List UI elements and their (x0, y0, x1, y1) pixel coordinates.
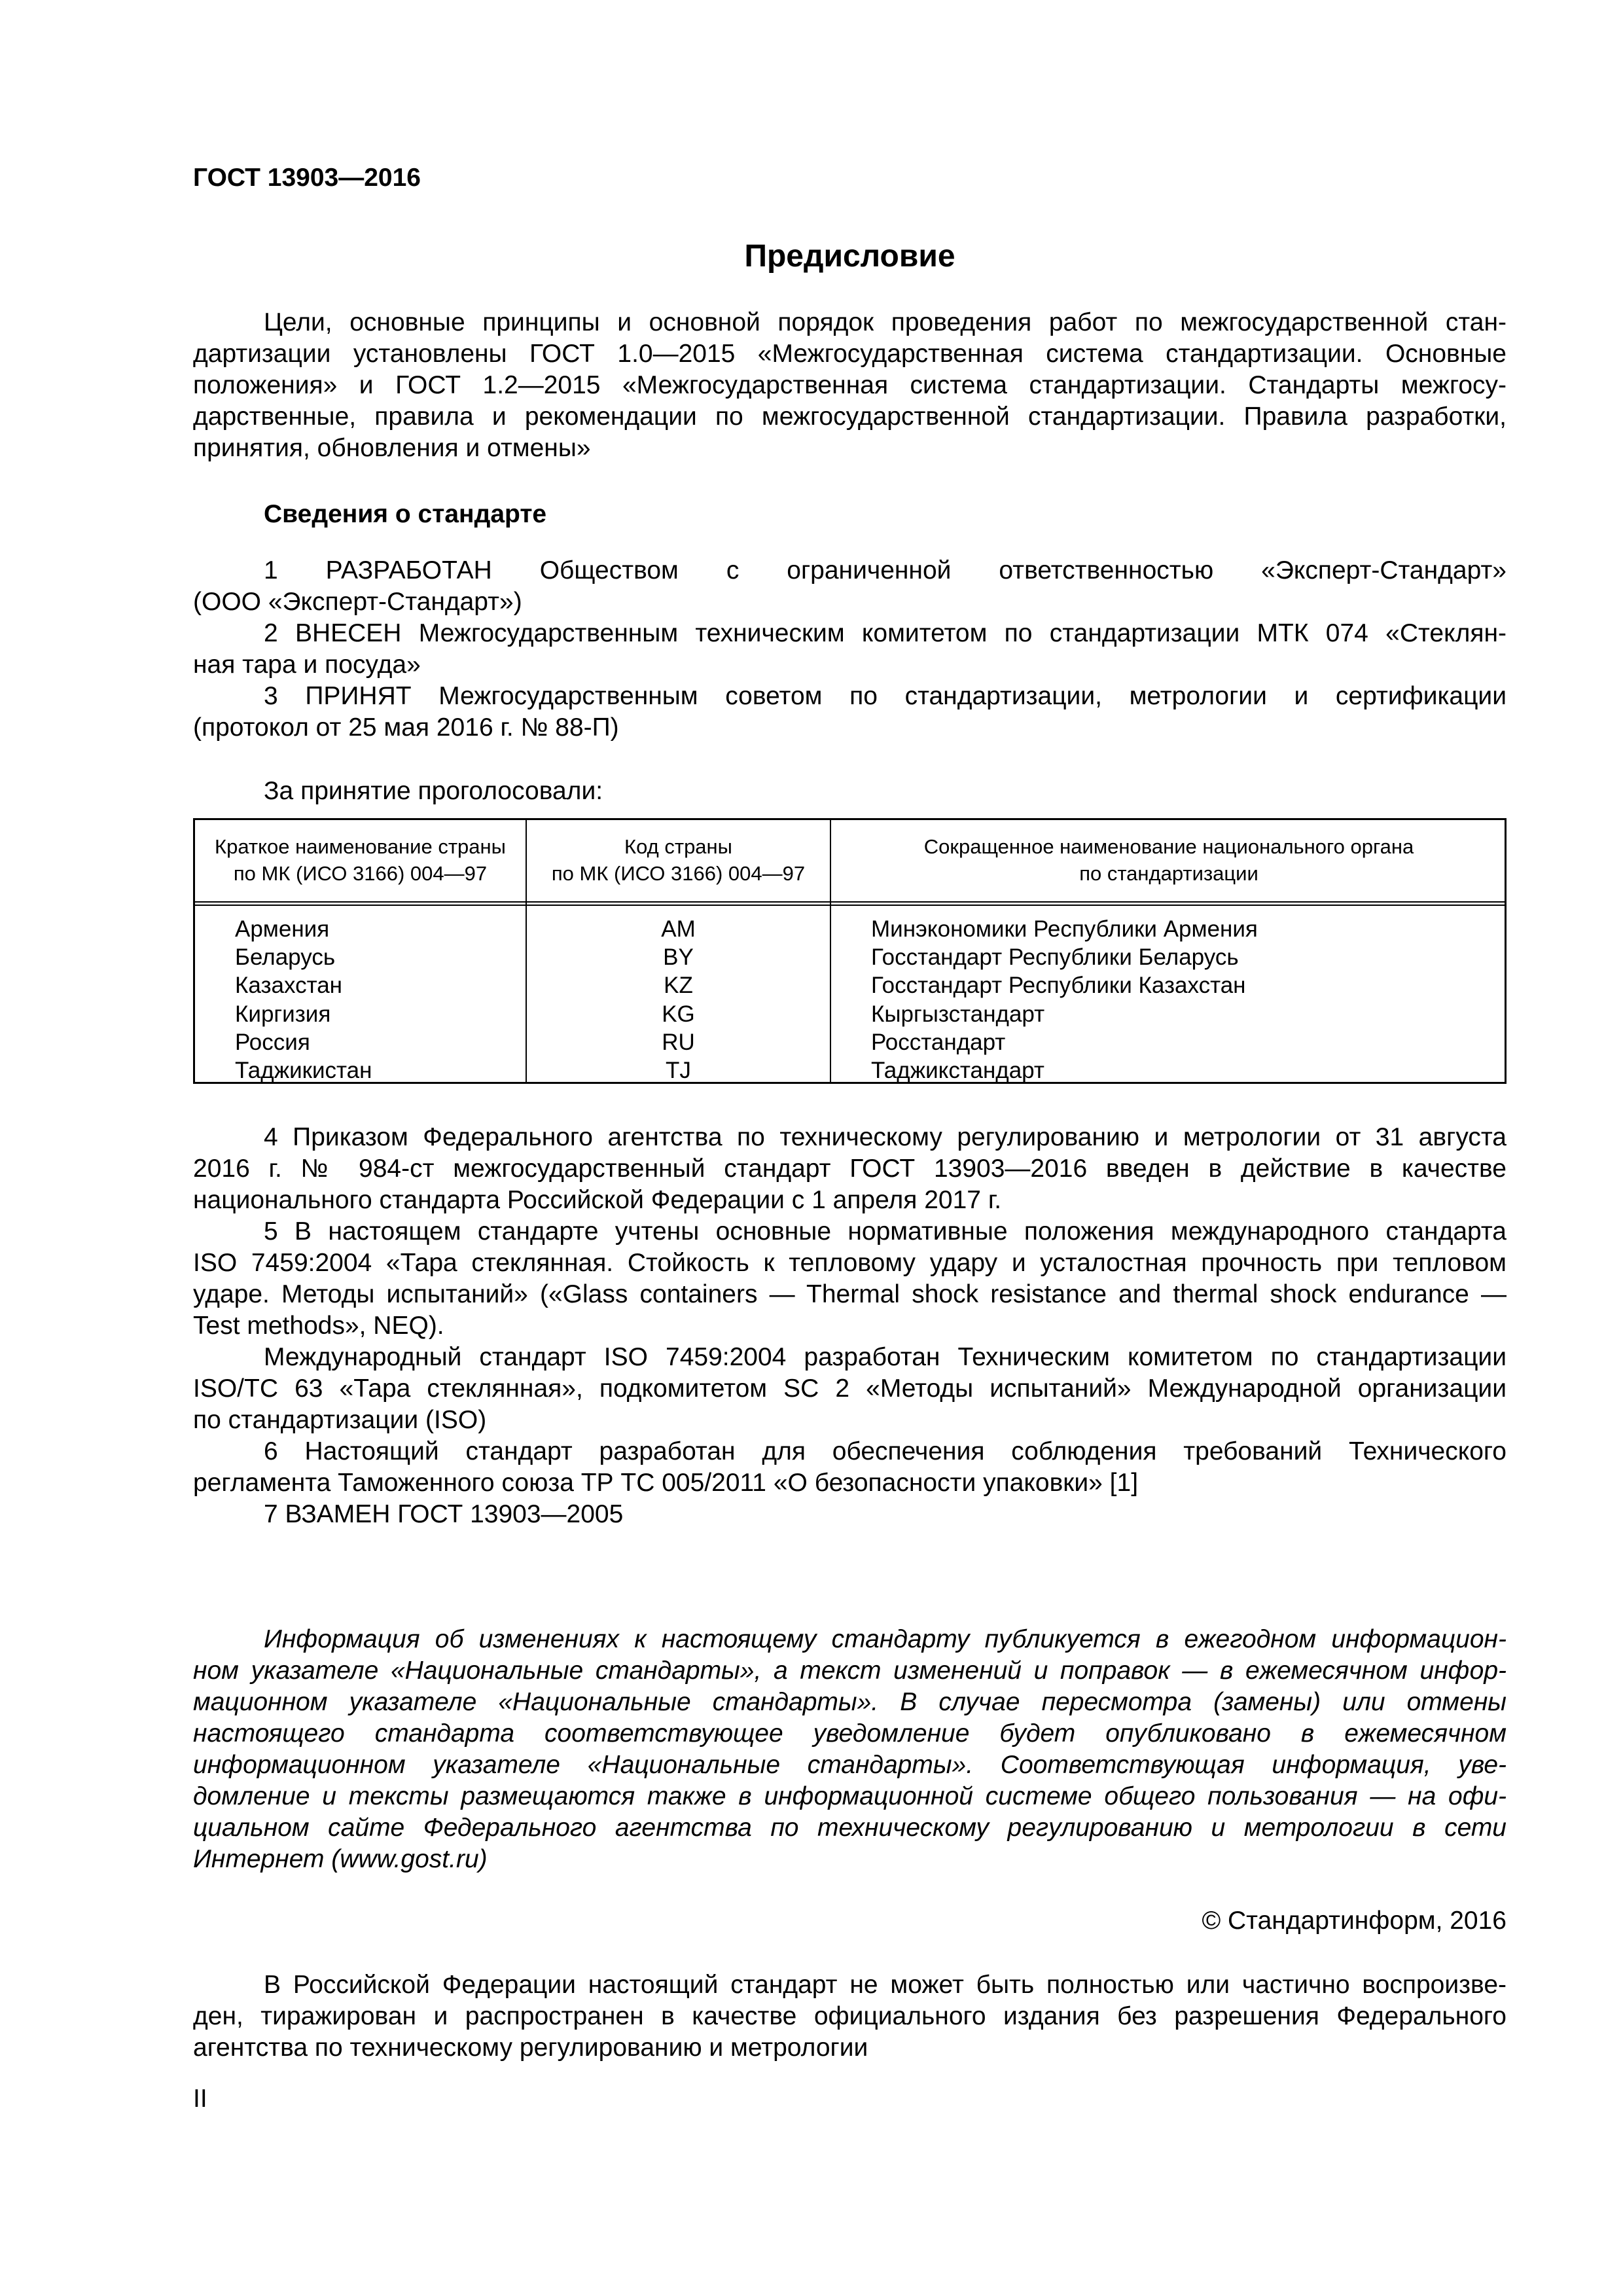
text-line: ден, тиражирован и распространен в качес… (193, 2001, 1507, 2032)
text-line: ISO/TC 63 «Тара стеклянная», подкомитето… (193, 1373, 1507, 1405)
table-cell-body: Таджикстандарт (871, 1056, 1499, 1085)
text-line: мационном указателе «Национальные станда… (193, 1687, 1507, 1718)
voted-label: За принятие проголосовали: (193, 776, 1507, 807)
table-cell-code: AM (527, 915, 830, 943)
text-line: 6 Настоящий стандарт разработан для обес… (193, 1436, 1507, 1467)
text-line: (ООО «Эксперт-Стандарт») (193, 586, 1507, 618)
column-header-standards-body: Сокращенное наименование национального о… (831, 833, 1507, 887)
text-line: Цели, основные принципы и основной поряд… (193, 307, 1507, 338)
text-line: агентства по техническому регулированию … (193, 2032, 1507, 2064)
text-line: ударе. Методы испытаний» («Glass contain… (193, 1279, 1507, 1310)
standard-info-items-1-3: 1 РАЗРАБОТАН Обществом с ограниченной от… (193, 555, 1507, 744)
table-cell-code: KG (527, 1000, 830, 1028)
text-line: 2016 г. № 984-ст межгосударственный стан… (193, 1153, 1507, 1185)
text-line: Международный стандарт ISO 7459:2004 раз… (193, 1342, 1507, 1373)
text-line: 3 ПРИНЯТ Межгосударственным советом по с… (193, 681, 1507, 712)
text-line: ная тара и посуда» (193, 649, 1507, 681)
header-line: Сокращенное наименование национального о… (831, 833, 1507, 860)
text-line: 1 РАЗРАБОТАН Обществом с ограниченной от… (193, 555, 1507, 586)
table-cell-country: Таджикистан (235, 1056, 523, 1085)
text-line: настоящего стандарта соответствующее уве… (193, 1718, 1507, 1749)
table-cell-body: Росстандарт (871, 1028, 1499, 1056)
text-line: дартизации установлены ГОСТ 1.0—2015 «Ме… (193, 338, 1507, 370)
header-line: по МК (ИСО 3166) 004—97 (195, 860, 526, 887)
table-cell-country: Армения (235, 915, 523, 943)
section-heading-about-standard: Сведения о стандарте (193, 499, 1507, 530)
text-line: Интернет (www.gost.ru) (193, 1844, 1507, 1875)
foreword-paragraph: Цели, основные принципы и основной поряд… (193, 307, 1507, 464)
header-line: Краткое наименование страны (195, 833, 526, 860)
column-header-country: Краткое наименование страны по МК (ИСО 3… (195, 833, 526, 887)
text-line: Информация об изменениях к настоящему ст… (193, 1624, 1507, 1655)
page-number: II (193, 2083, 1507, 2115)
column-header-code: Код страны по МК (ИСО 3166) 004—97 (527, 833, 830, 887)
text-line: 4 Приказом Федерального агентства по тех… (193, 1122, 1507, 1153)
text-line: 5 В настоящем стандарте учтены основные … (193, 1216, 1507, 1247)
text-line: национального стандарта Российской Федер… (193, 1185, 1507, 1216)
header-line: по МК (ИСО 3166) 004—97 (527, 860, 830, 887)
header-double-rule (195, 905, 1505, 906)
text-line: ном указателе «Национальные стандарты», … (193, 1655, 1507, 1687)
table-cell-country: Россия (235, 1028, 523, 1056)
header-double-rule (195, 901, 1505, 903)
text-line: (протокол от 25 мая 2016 г. № 88-П) (193, 712, 1507, 744)
table-cell-body: Кыргызстандарт (871, 1000, 1499, 1028)
text-line: ISO 7459:2004 «Тара стеклянная. Стойкост… (193, 1247, 1507, 1279)
table-cell-body: Госстандарт Республики Беларусь (871, 943, 1499, 971)
table-cell-body: Госстандарт Республики Казахстан (871, 971, 1499, 999)
text-line: информационном указателе «Национальные с… (193, 1749, 1507, 1781)
document-code-header: ГОСТ 13903—2016 (193, 162, 1507, 194)
header-line: Код страны (527, 833, 830, 860)
table-cell-country: Беларусь (235, 943, 523, 971)
reproduction-rights-notice: В Российской Федерации настоящий стандар… (193, 1969, 1507, 2064)
text-line: В Российской Федерации настоящий стандар… (193, 1969, 1507, 2001)
copyright-notice: © Стандартинформ, 2016 (193, 1905, 1507, 1937)
text-line: циальном сайте Федерального агентства по… (193, 1812, 1507, 1844)
table-cell-country: Киргизия (235, 1000, 523, 1028)
text-line: Test methods», NEQ). (193, 1310, 1507, 1342)
text-line: 7 ВЗАМЕН ГОСТ 13903—2005 (193, 1499, 1507, 1530)
table-cell-code: BY (527, 943, 830, 971)
amendments-notice: Информация об изменениях к настоящему ст… (193, 1624, 1507, 1875)
table-cell-code: RU (527, 1028, 830, 1056)
standard-info-items-4-7: 4 Приказом Федерального агентства по тех… (193, 1122, 1507, 1530)
text-line: домление и тексты размещаются также в ин… (193, 1781, 1507, 1812)
text-line: по стандартизации (ISO) (193, 1405, 1507, 1436)
voting-countries-table: Краткое наименование страны по МК (ИСО 3… (193, 818, 1507, 1084)
text-line: регламента Таможенного союза ТР ТС 005/2… (193, 1467, 1507, 1499)
table-cell-code: KZ (527, 971, 830, 999)
header-line: по стандартизации (831, 860, 1507, 887)
page-title: Предисловие (193, 237, 1507, 276)
text-line: 2 ВНЕСЕН Межгосударственным техническим … (193, 618, 1507, 649)
code-column: AM BY KZ KG RU TJ (527, 915, 830, 1085)
table-cell-code: TJ (527, 1056, 830, 1085)
text-line: дарственные, правила и рекомендации по м… (193, 401, 1507, 433)
country-column: Армения Беларусь Казахстан Киргизия Росс… (235, 915, 523, 1085)
text-line: положения» и ГОСТ 1.2—2015 «Межгосударст… (193, 370, 1507, 401)
standards-body-column: Минэкономики Республики Армения Госстанд… (871, 915, 1499, 1085)
table-cell-country: Казахстан (235, 971, 523, 999)
table-cell-body: Минэкономики Республики Армения (871, 915, 1499, 943)
text-line: принятия, обновления и отмены» (193, 433, 1507, 464)
